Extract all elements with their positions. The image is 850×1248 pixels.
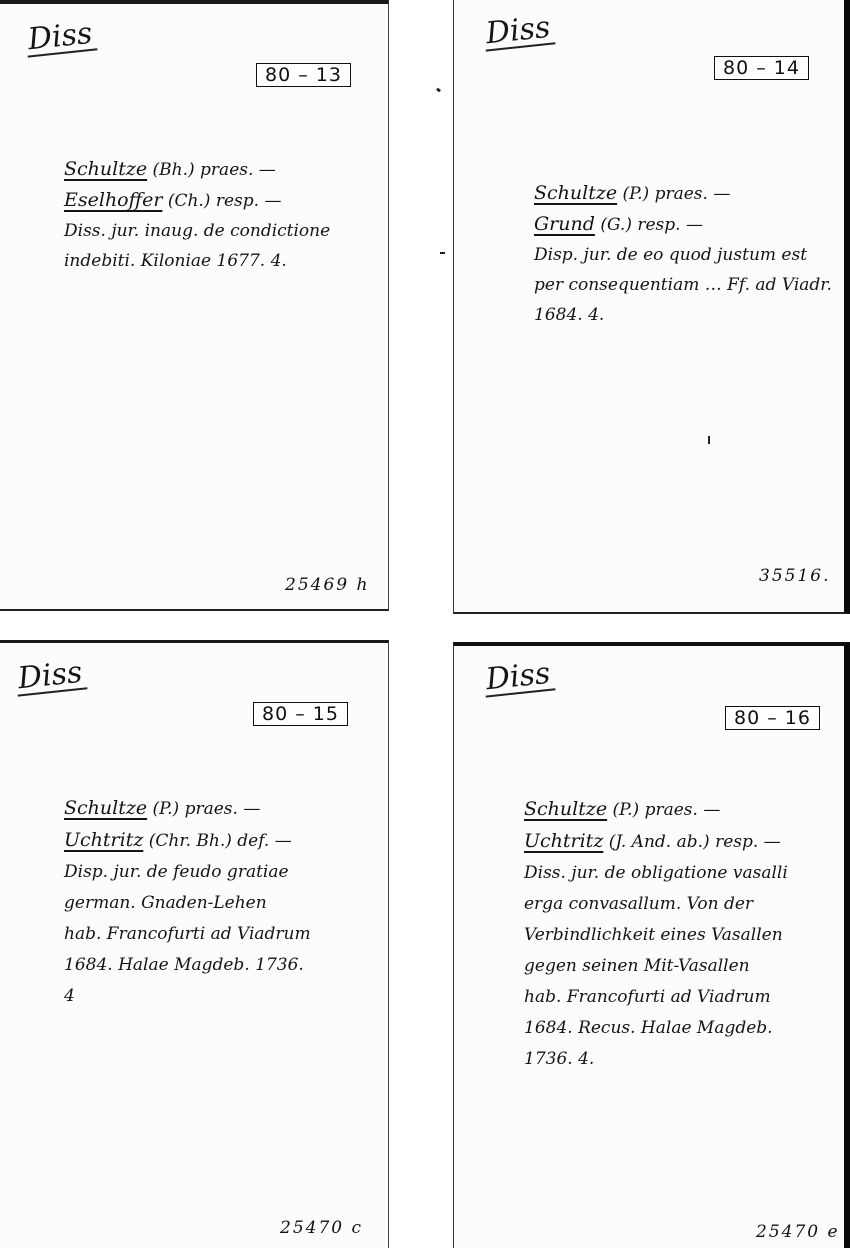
respondent-initials: (Ch.) bbox=[168, 191, 211, 211]
dissertation-mark: Diss bbox=[15, 657, 88, 696]
accession-number: 25470 e bbox=[756, 1222, 840, 1242]
praeses-name: Schultze bbox=[64, 158, 147, 180]
catalog-entry: Schultze (P.) praes. — Uchtritz (Chr. Bh… bbox=[64, 793, 311, 1012]
praeses-initials: (P.) bbox=[613, 800, 640, 820]
description-line: 1684. 4. bbox=[534, 300, 832, 330]
catalog-entry: Schultze (P.) praes. — Grund (G.) resp. … bbox=[534, 178, 832, 330]
ink-speck bbox=[436, 88, 441, 93]
praeses-line: Schultze (Bh.) praes. — bbox=[64, 154, 330, 185]
dissertation-mark: Diss bbox=[483, 12, 556, 51]
description-line: 1684. Recus. Halae Magdeb. bbox=[524, 1013, 788, 1044]
praeses-line: Schultze (P.) praes. — bbox=[524, 794, 788, 826]
respondent-name: Uchtritz bbox=[524, 830, 603, 852]
description-line: 4 bbox=[64, 981, 311, 1012]
catalog-entry: Schultze (P.) praes. — Uchtritz (J. And.… bbox=[524, 794, 788, 1075]
description-line: Disp. jur. de eo quod justum est bbox=[534, 240, 832, 270]
catalog-card-80-13: Diss 80 – 13 Schultze (Bh.) praes. — Ese… bbox=[0, 0, 389, 611]
description-line: Diss. jur. inaug. de condictione bbox=[64, 216, 330, 246]
respondent-line: Uchtritz (Chr. Bh.) def. — bbox=[64, 825, 311, 857]
dissertation-mark: Diss bbox=[25, 18, 98, 57]
respondent-role: resp. — bbox=[216, 191, 282, 211]
accession-number: 35516. bbox=[759, 566, 830, 586]
praeses-role: praes. — bbox=[185, 799, 261, 819]
catalog-card-80-16: Diss 80 – 16 Schultze (P.) praes. — Ucht… bbox=[453, 642, 850, 1248]
respondent-line: Eselhoffer (Ch.) resp. — bbox=[64, 185, 330, 216]
description-line: indebiti. Kiloniae 1677. 4. bbox=[64, 246, 330, 276]
description-line: 1684. Halae Magdeb. 1736. bbox=[64, 950, 311, 981]
description-line: erga convasallum. Von der bbox=[524, 889, 788, 920]
description-line: 1736. 4. bbox=[524, 1044, 788, 1075]
respondent-role: resp. — bbox=[637, 215, 703, 235]
description-line: hab. Francofurti ad Viadrum bbox=[524, 982, 788, 1013]
dissertation-mark: Diss bbox=[483, 658, 556, 697]
catalog-card-80-15: Diss 80 – 15 Schultze (P.) praes. — Ucht… bbox=[0, 640, 389, 1248]
catalog-card-80-14: Diss 80 – 14 Schultze (P.) praes. — Grun… bbox=[453, 0, 850, 614]
respondent-name: Uchtritz bbox=[64, 829, 143, 851]
praeses-role: praes. — bbox=[655, 184, 731, 204]
respondent-name: Eselhoffer bbox=[64, 189, 162, 211]
respondent-name: Grund bbox=[534, 213, 595, 235]
description-line: Disp. jur. de feudo gratiae bbox=[64, 857, 311, 888]
call-number: 80 – 14 bbox=[714, 56, 809, 80]
call-number: 80 – 16 bbox=[725, 706, 820, 730]
ink-speck bbox=[440, 252, 445, 254]
description-line: gegen seinen Mit-Vasallen bbox=[524, 951, 788, 982]
respondent-initials: (Chr. Bh.) bbox=[149, 831, 232, 851]
description-line: hab. Francofurti ad Viadrum bbox=[64, 919, 311, 950]
respondent-initials: (J. And. ab.) bbox=[609, 832, 710, 852]
respondent-role: resp. — bbox=[715, 832, 781, 852]
description-line: per consequentiam … Ff. ad Viadr. bbox=[534, 270, 832, 300]
praeses-role: praes. — bbox=[645, 800, 721, 820]
praeses-name: Schultze bbox=[534, 182, 617, 204]
description-line: Diss. jur. de obligatione vasalli bbox=[524, 858, 788, 889]
accession-number: 25469 h bbox=[285, 575, 369, 595]
call-number: 80 – 15 bbox=[253, 702, 348, 726]
praeses-line: Schultze (P.) praes. — bbox=[64, 793, 311, 825]
call-number: 80 – 13 bbox=[256, 63, 351, 87]
praeses-initials: (P.) bbox=[623, 184, 650, 204]
respondent-initials: (G.) bbox=[600, 215, 632, 235]
description-line: Verbindlichkeit eines Vasallen bbox=[524, 920, 788, 951]
praeses-line: Schultze (P.) praes. — bbox=[534, 178, 832, 209]
praeses-name: Schultze bbox=[64, 797, 147, 819]
accession-number: 25470 c bbox=[280, 1218, 363, 1238]
ink-speck bbox=[708, 436, 710, 444]
respondent-line: Grund (G.) resp. — bbox=[534, 209, 832, 240]
catalog-entry: Schultze (Bh.) praes. — Eselhoffer (Ch.)… bbox=[64, 154, 330, 276]
praeses-name: Schultze bbox=[524, 798, 607, 820]
respondent-role: def. — bbox=[237, 831, 291, 851]
praeses-role: praes. — bbox=[200, 160, 276, 180]
description-line: german. Gnaden-Lehen bbox=[64, 888, 311, 919]
respondent-line: Uchtritz (J. And. ab.) resp. — bbox=[524, 826, 788, 858]
praeses-initials: (P.) bbox=[153, 799, 180, 819]
praeses-initials: (Bh.) bbox=[153, 160, 195, 180]
